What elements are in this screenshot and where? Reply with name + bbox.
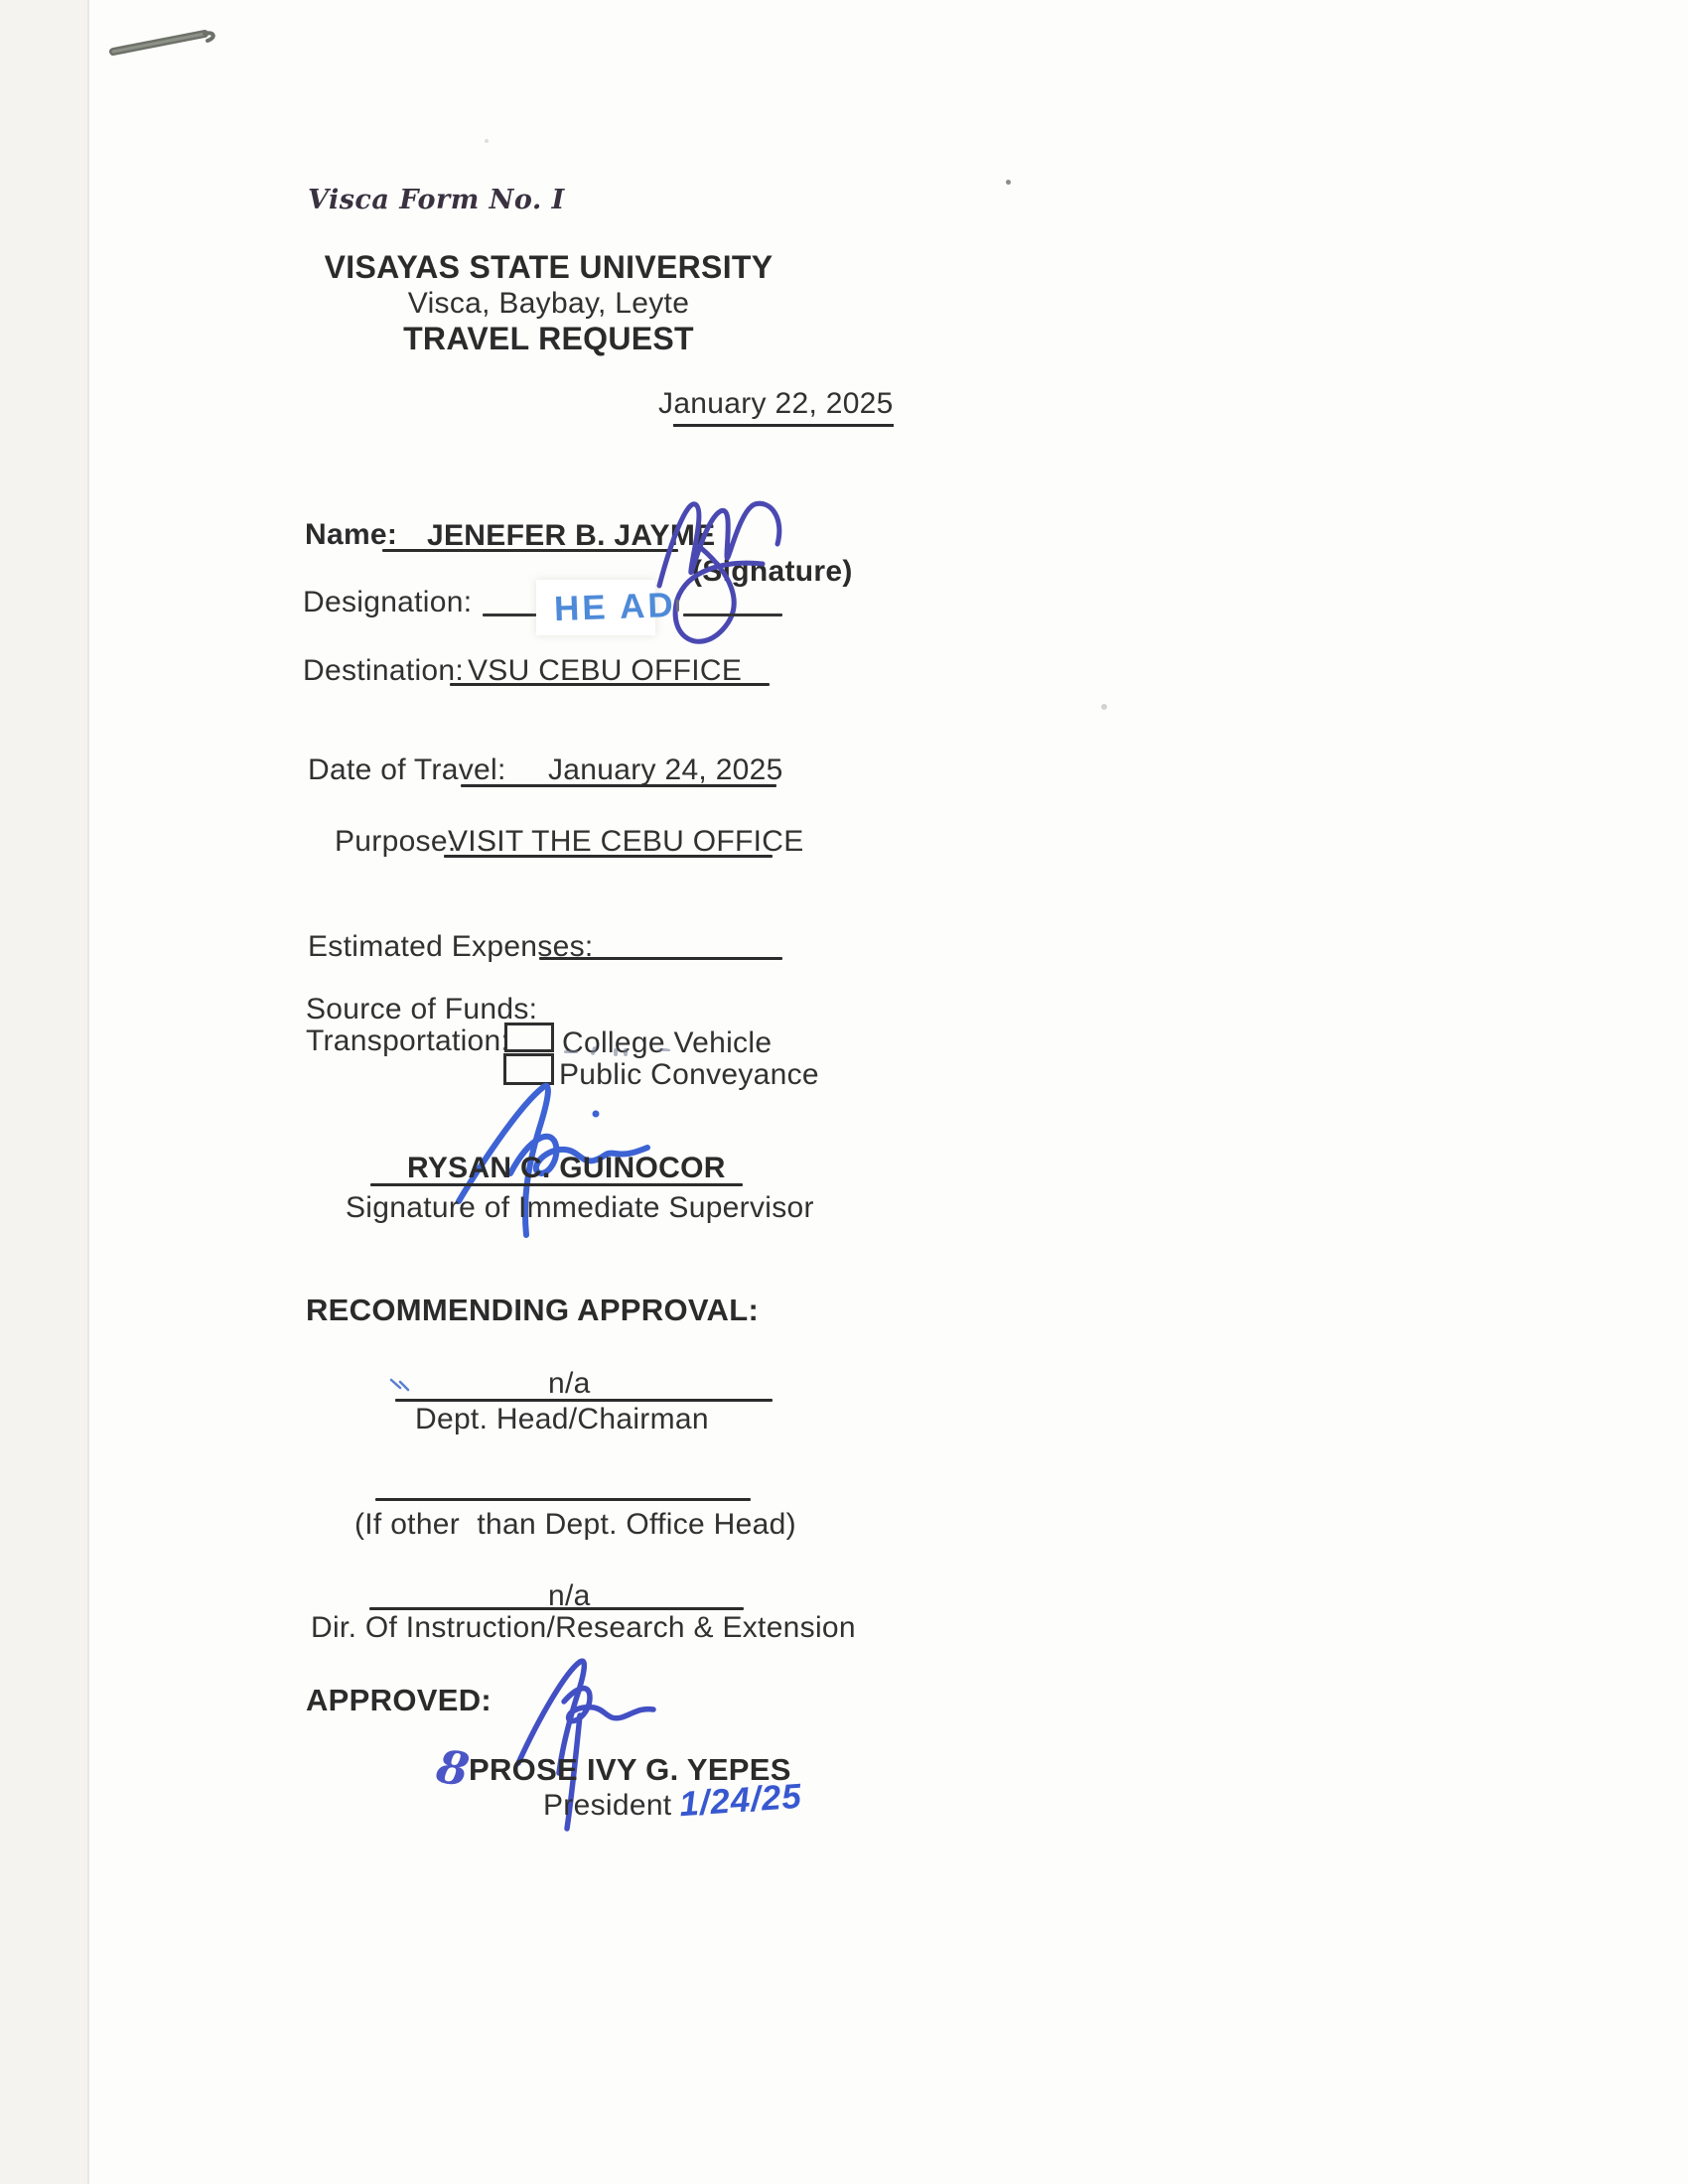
designation-handwritten-value: HE AD [553,588,676,626]
request-date: January 22, 2025 [658,389,894,419]
date-of-travel-label: Date of Travel: [308,755,506,785]
request-date-first-char: J [658,387,673,420]
destination-underline [450,683,770,686]
name-underline [382,549,678,552]
director-underline [369,1607,744,1610]
university-name: VISAYAS STATE UNIVERSITY [278,251,819,283]
ghost-ink-mark [564,1050,578,1053]
date-of-travel-value: January 24, 2025 [548,755,783,785]
name-label: Name: [305,520,397,550]
supervisor-underline [370,1183,743,1186]
destination-label: Destination: [303,656,464,686]
date-of-travel-underline [461,784,776,787]
ghost-ink-mark [624,1048,628,1056]
stray-pen-mark [676,600,679,612]
tick-mark-ink [389,1376,411,1399]
flourish-mark-ink: 8 [434,1743,473,1793]
university-address: Visca, Baybay, Leyte [278,289,819,319]
purpose-label: Purpose: [335,827,456,857]
source-of-funds-label: Source of Funds: [306,995,537,1024]
scan-speck [1006,180,1011,185]
supervisor-name: RYSAN C. GUINOCOR [407,1154,726,1183]
scan-page-edge-line [87,0,89,2184]
other-approver-caption: (If other than Dept. Office Head) [354,1510,796,1540]
handwritten-approval-date: 1/24/25 [678,1779,803,1823]
scan-speck [1101,704,1107,710]
approved-heading: APPROVED: [306,1685,492,1715]
staple-icon [105,22,224,62]
dept-head-value: n/a [548,1369,591,1399]
designation-underline-2 [683,614,782,616]
director-caption: Dir. Of Instruction/Research & Extension [311,1613,856,1643]
purpose-underline [444,855,773,858]
transportation-label: Transportation: [306,1026,509,1056]
destination-value: VSU CEBU OFFICE [468,656,742,686]
ghost-ink-mark [614,1048,618,1056]
dept-head-underline [395,1399,773,1402]
scanned-travel-request-document: Visca Form No. I VISAYAS STATE UNIVERSIT… [0,0,1688,2184]
college-vehicle-checkbox [504,1023,554,1052]
scan-speck [485,139,489,143]
requester-signature-ink [643,486,822,655]
other-approver-underline [375,1498,751,1501]
estimated-expenses-underline [539,957,782,960]
scan-left-edge-shadow [0,0,87,2184]
president-title: President [543,1791,671,1821]
form-number: Visca Form No. I [308,187,565,213]
designation-label: Designation: [303,588,472,617]
recommending-approval-heading: RECOMMENDING APPROVAL: [306,1295,759,1325]
dept-head-caption: Dept. Head/Chairman [415,1405,709,1434]
purpose-value: VISIT THE CEBU OFFICE [448,827,804,857]
supervisor-caption: Signature of Immediate Supervisor [346,1193,814,1223]
form-title: TRAVEL REQUEST [278,323,819,354]
request-date-underlined: anuary 22, 2025 [673,387,893,427]
designation-underline-1 [483,614,540,616]
ghost-ink-mark [657,1048,670,1051]
